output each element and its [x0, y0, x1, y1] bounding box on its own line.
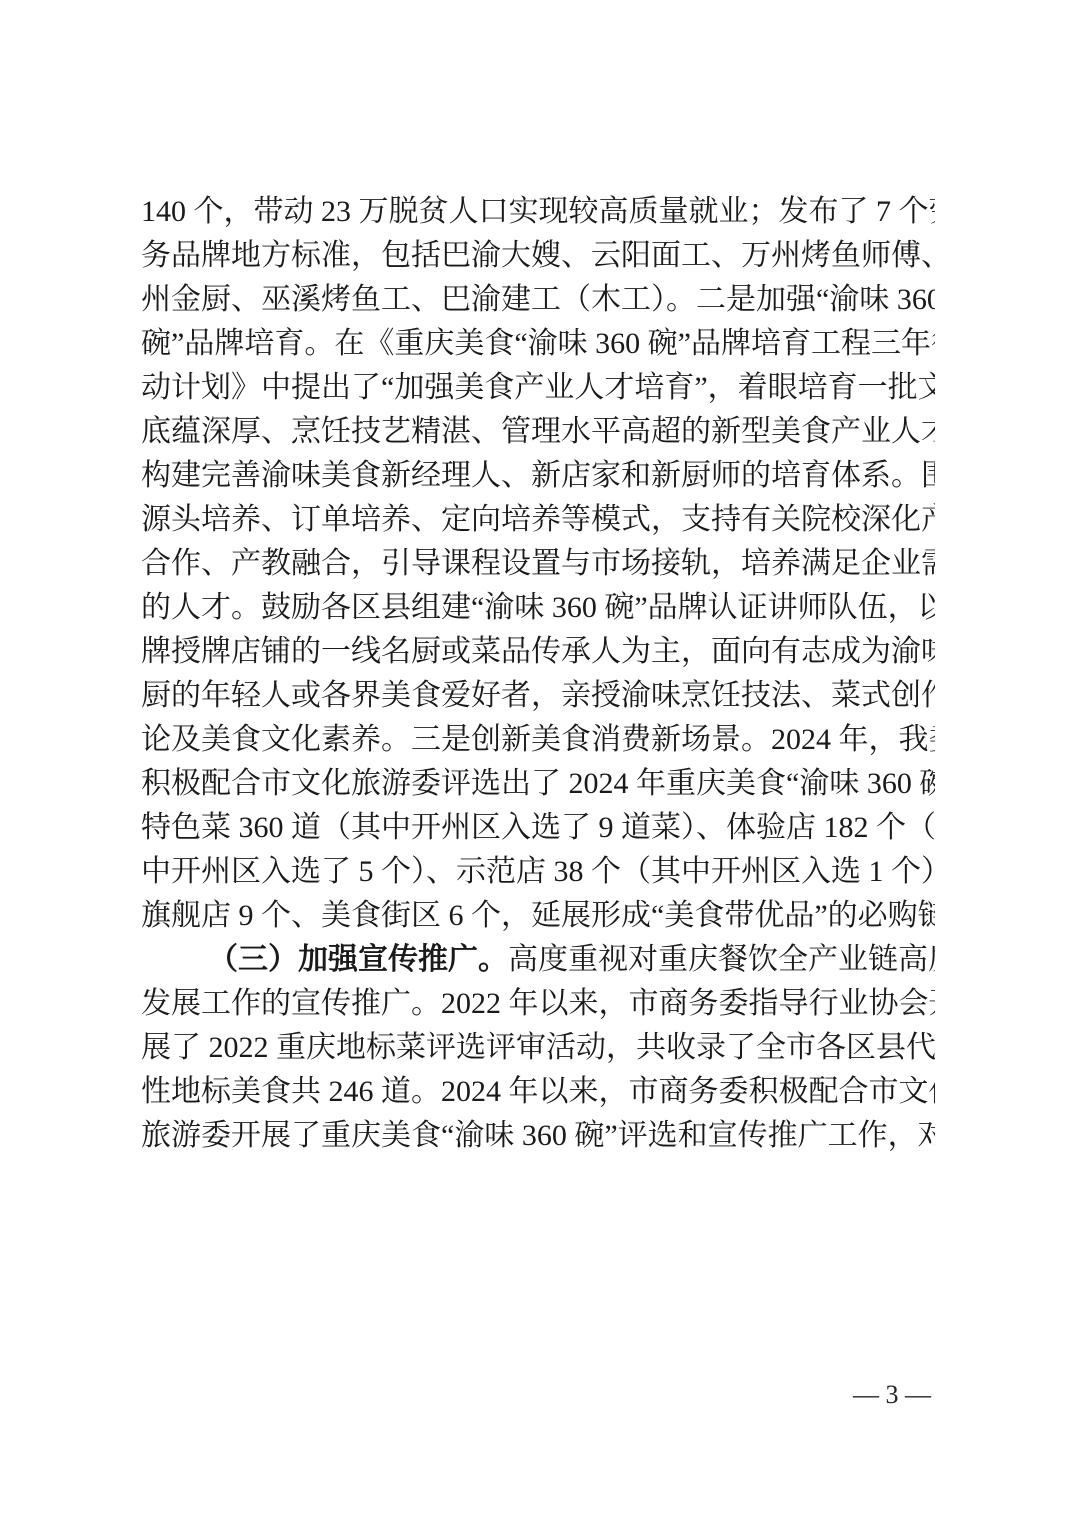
- section-first-line: （三）加强宣传推广。高度重视对重庆餐饮全产业链高质量: [141, 938, 935, 982]
- page-number: — 3 —: [846, 1380, 938, 1410]
- text-line: 的人才。鼓励各区县组建“渝味 360 碗”品牌认证讲师队伍，以品: [141, 586, 935, 630]
- text-line: 140 个，带动 23 万脱贫人口实现较高质量就业；发布了 7 个劳: [141, 190, 935, 234]
- text-line: 论及美食文化素养。三是创新美食消费新场景。2024 年，我委: [141, 718, 935, 762]
- text-line: 展了 2022 重庆地标菜评选评审活动，共收录了全市各区县代表: [141, 1026, 935, 1070]
- text-line: 源头培养、订单培养、定向培养等模式，支持有关院校深化产学: [141, 498, 935, 542]
- text-line: 合作、产教融合，引导课程设置与市场接轨，培养满足企业需求: [141, 542, 935, 586]
- body-text: 140 个，带动 23 万脱贫人口实现较高质量就业；发布了 7 个劳 务品牌地方…: [141, 190, 935, 1158]
- text-line: 底蕴深厚、烹饪技艺精湛、管理水平高超的新型美食产业人才，: [141, 410, 935, 454]
- section-heading: （三）加强宣传推广。: [208, 943, 508, 976]
- text-line: 厨的年轻人或各界美食爱好者，亲授渝味烹饪技法、菜式创作理: [141, 674, 935, 718]
- text-line: 构建完善渝味美食新经理人、新店家和新厨师的培育体系。围绕: [141, 454, 935, 498]
- text-line: 动计划》中提出了“加强美食产业人才培育”，着眼培育一批文化: [141, 366, 935, 410]
- text-line: 州金厨、巫溪烤鱼工、巴渝建工（木工）。二是加强“渝味 360: [141, 278, 935, 322]
- text-line: 性地标美食共 246 道。2024 年以来，市商务委积极配合市文化: [141, 1070, 935, 1114]
- text-line: 积极配合市文化旅游委评选出了 2024 年重庆美食“渝味 360 碗”: [141, 762, 935, 806]
- text-line: 牌授牌店铺的一线名厨或菜品传承人为主，面向有志成为渝味大: [141, 630, 935, 674]
- text-line: 务品牌地方标准，包括巴渝大嫂、云阳面工、万州烤鱼师傅、开: [141, 234, 935, 278]
- text-line: 旅游委开展了重庆美食“渝味 360 碗”评选和宣传推广工作，对: [141, 1114, 935, 1158]
- document-page: 140 个，带动 23 万脱贫人口实现较高质量就业；发布了 7 个劳 务品牌地方…: [0, 0, 1074, 1520]
- text-line: 碗”品牌培育。在《重庆美食“渝味 360 碗”品牌培育工程三年行: [141, 322, 935, 366]
- text-line: 特色菜 360 道（其中开州区入选了 9 道菜）、体验店 182 个（其: [141, 806, 935, 850]
- text-line: 发展工作的宣传推广。2022 年以来，市商务委指导行业协会开: [141, 982, 935, 1026]
- text-line: 中开州区入选了 5 个）、示范店 38 个（其中开州区入选 1 个）、: [141, 850, 935, 894]
- section-text: 高度重视对重庆餐饮全产业链高质量: [508, 943, 935, 976]
- text-line: 旗舰店 9 个、美食街区 6 个，延展形成“美食带优品”的必购链条。: [141, 894, 935, 938]
